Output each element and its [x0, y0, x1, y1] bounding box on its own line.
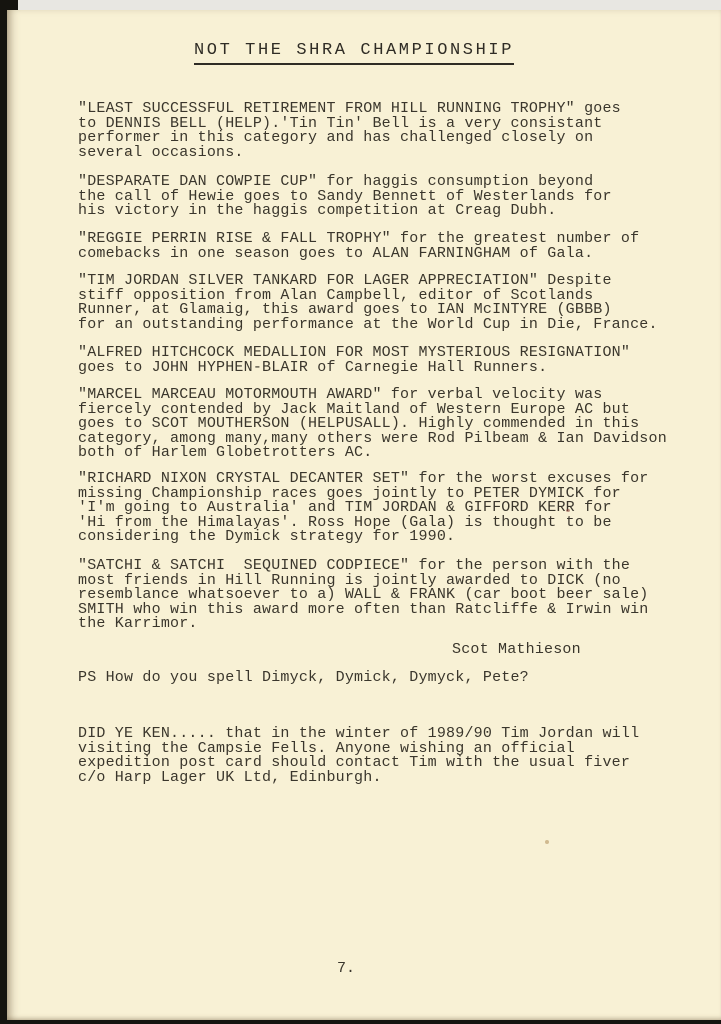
- did-ye-ken-note: DID YE KEN..... that in the winter of 19…: [78, 727, 639, 785]
- paragraph-reggie-perrin-trophy: "REGGIE PERRIN RISE & FALL TROPHY" for t…: [78, 232, 639, 261]
- page-number: 7.: [337, 960, 355, 977]
- ps-line: PS How do you spell Dimyck, Dymick, Dymy…: [78, 671, 529, 686]
- paragraph-richard-nixon-decanter-set: "RICHARD NIXON CRYSTAL DECANTER SET" for…: [78, 472, 649, 545]
- signature: Scot Mathieson: [452, 643, 581, 658]
- page-title: NOT THE SHRA CHAMPIONSHIP: [77, 41, 631, 60]
- paragraph-least-successful-retirement: "LEAST SUCCESSFUL RETIREMENT FROM HILL R…: [78, 102, 621, 160]
- page-title-text: NOT THE SHRA CHAMPIONSHIP: [194, 41, 514, 65]
- paper-speck: [127, 152, 130, 155]
- paragraph-marcel-marceau-award: "MARCEL MARCEAU MOTORMOUTH AWARD" for ve…: [78, 388, 667, 461]
- paragraph-alfred-hitchcock-medallion: "ALFRED HITCHCOCK MEDALLION FOR MOST MYS…: [78, 346, 630, 375]
- document-page: NOT THE SHRA CHAMPIONSHIP "LEAST SUCCESS…: [7, 10, 721, 1020]
- paragraph-satchi-sequined-codpiece: "SATCHI & SATCHI SEQUINED CODPIECE" for …: [78, 559, 649, 632]
- paper-speck: [545, 840, 549, 844]
- paragraph-desparate-dan-cowpie-cup: "DESPARATE DAN COWPIE CUP" for haggis co…: [78, 175, 612, 219]
- paragraph-tim-jordan-silver-tankard: "TIM JORDAN SILVER TANKARD FOR LAGER APP…: [78, 274, 658, 332]
- paper-speck: [566, 509, 570, 512]
